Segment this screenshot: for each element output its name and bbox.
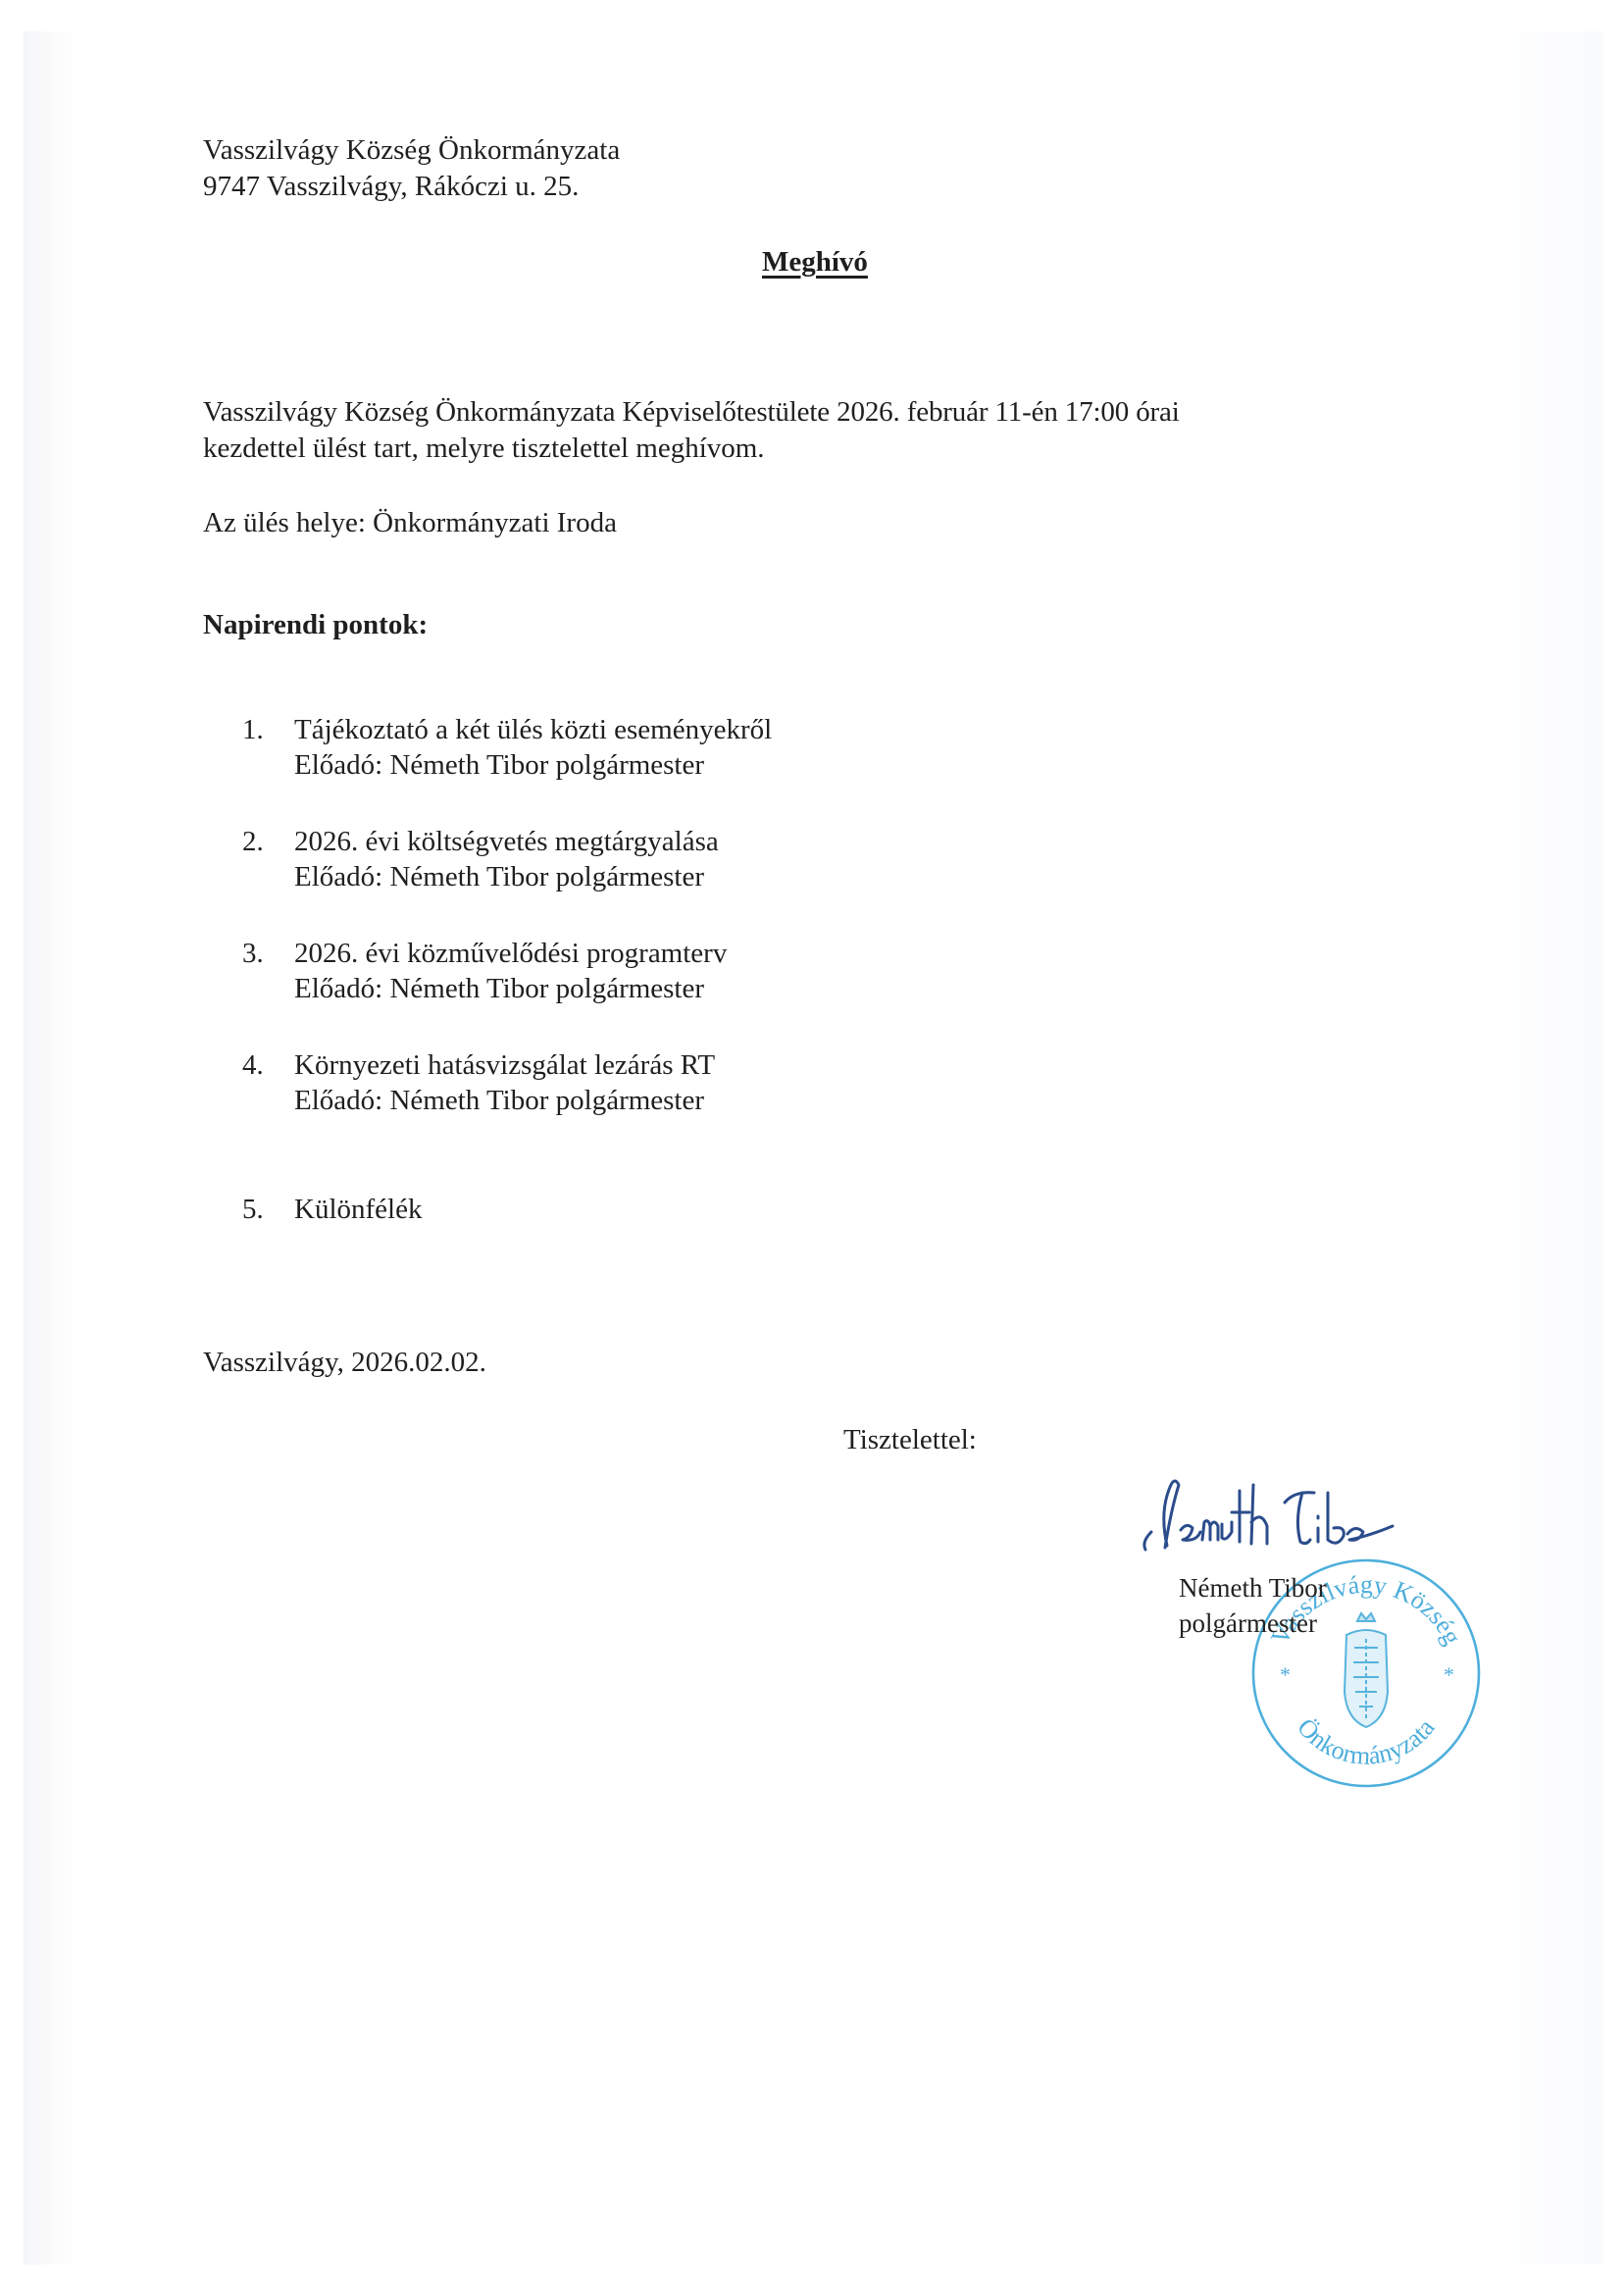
handwritten-signature-icon [1138,1471,1412,1564]
agenda-item-title: Tájékoztató a két ülés közti eseményekrő… [294,712,772,748]
agenda-item-title: 2026. évi költségvetés megtárgyalása [294,824,719,860]
agenda-item-number: 4. [242,1047,264,1084]
intro-line-2: kezdettel ülést tart, melyre tisztelette… [203,431,765,467]
agenda-item-title: Környezeti hatásvizsgálat lezárás RT [294,1047,715,1084]
agenda-item-presenter: Előadó: Németh Tibor polgármester [294,1083,704,1119]
agenda-item-number: 1. [242,712,264,748]
sender-name: Vasszilvágy Község Önkormányzata [203,132,620,169]
agenda-item-presenter: Előadó: Németh Tibor polgármester [294,859,704,895]
agenda-item-number: 2. [242,824,264,860]
agenda-item-title: Különfélék [294,1192,422,1228]
agenda-item-presenter: Előadó: Németh Tibor polgármester [294,747,704,784]
signatory-role: polgármester [1179,1606,1317,1641]
signatory-name: Németh Tibor [1179,1570,1327,1606]
svg-text:*: * [1444,1662,1454,1687]
agenda-item-presenter: Előadó: Németh Tibor polgármester [294,971,704,1007]
agenda-heading: Napirendi pontok: [203,607,428,643]
place-and-date: Vasszilvágy, 2026.02.02. [203,1345,486,1381]
document-title: Meghívó [762,244,868,280]
agenda-item-number: 5. [242,1192,264,1228]
agenda-item-title: 2026. évi közművelődési programterv [294,936,727,972]
coat-of-arms-icon [1345,1613,1388,1727]
sender-address: 9747 Vasszilvágy, Rákóczi u. 25. [203,169,579,205]
agenda-item-number: 3. [242,936,264,972]
svg-text:*: * [1280,1662,1291,1687]
closing-phrase: Tisztelettel: [843,1422,977,1458]
intro-line-1: Vasszilvágy Község Önkormányzata Képvise… [203,394,1180,431]
scan-shading [24,31,1604,2265]
meeting-venue: Az ülés helye: Önkormányzati Iroda [203,505,617,541]
